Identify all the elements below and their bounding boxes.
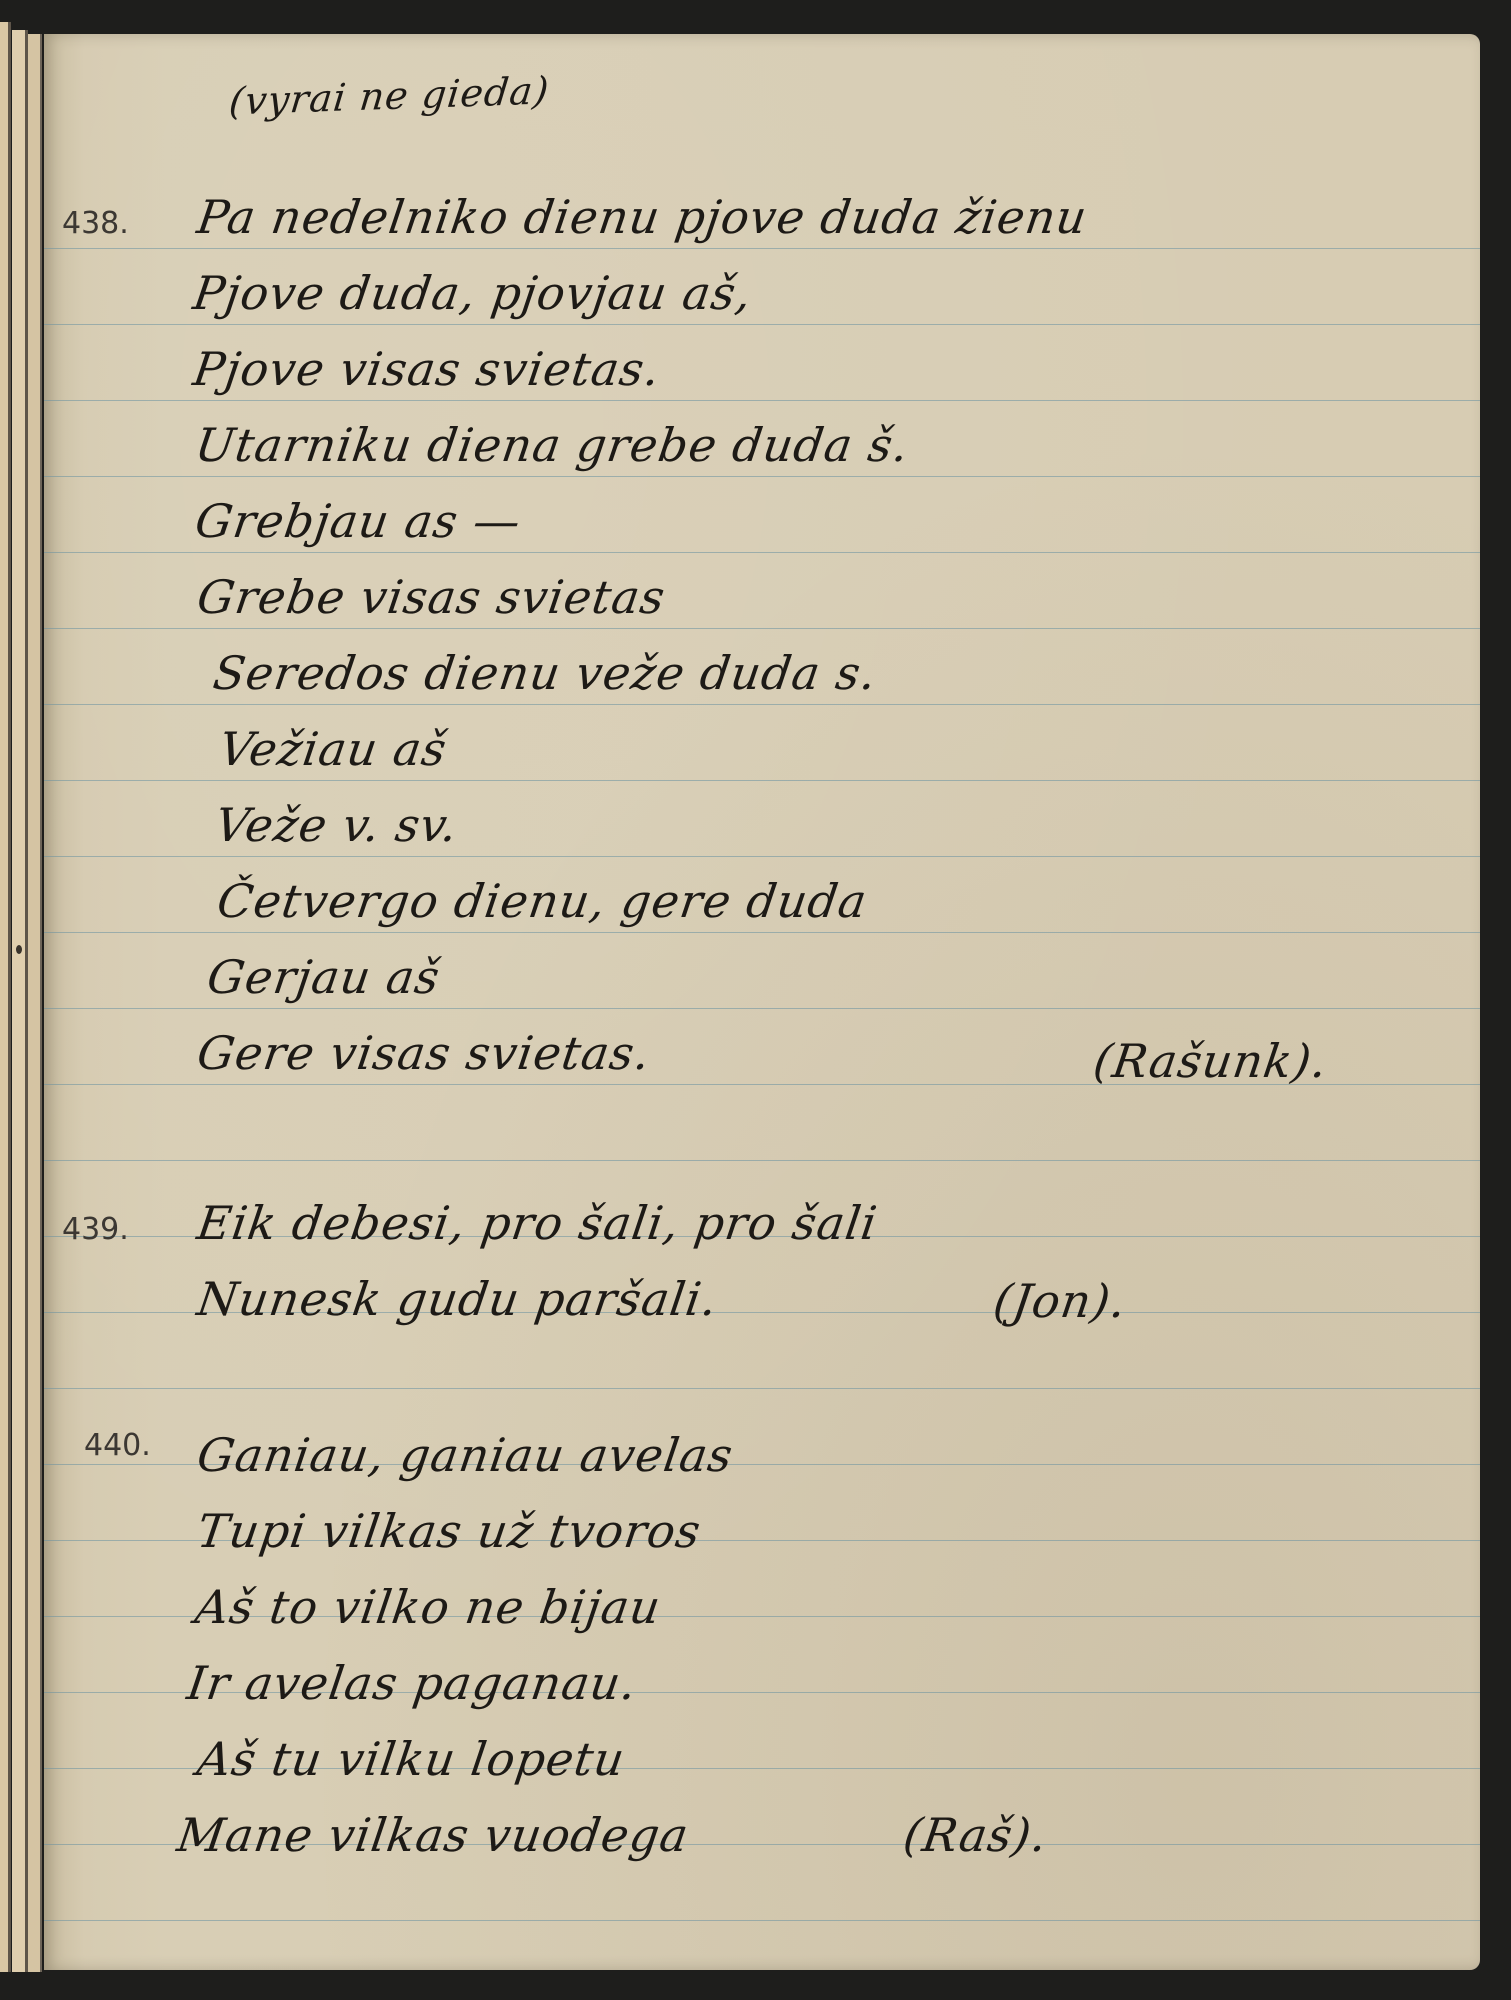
ruled-line bbox=[44, 628, 1480, 629]
verse-line: Seredos dienu veže duda s. bbox=[210, 646, 880, 700]
verse-line: Eik debesi, pro šali, pro šali bbox=[194, 1196, 881, 1250]
ruled-line bbox=[44, 1920, 1480, 1921]
ruled-line bbox=[44, 1160, 1480, 1161]
ink-blot-mark bbox=[16, 945, 22, 954]
verse-number: 439. bbox=[62, 1212, 129, 1247]
verse-line: Aš tu vilku lopetu bbox=[194, 1732, 628, 1786]
verse-line: Nunesk gudu paršali. bbox=[194, 1272, 721, 1326]
verse-line: Gerjau aš bbox=[204, 950, 444, 1004]
ruled-line bbox=[44, 476, 1480, 477]
ruled-line bbox=[44, 324, 1480, 325]
verse-line: Ir avelas paganau. bbox=[184, 1656, 640, 1710]
verse-line: Grebe visas svietas bbox=[194, 570, 669, 624]
verse-line: Veže v. sv. bbox=[212, 798, 461, 852]
verse-line: Gere visas svietas. bbox=[194, 1026, 654, 1080]
verse-line: Vežiau aš bbox=[216, 722, 450, 776]
ruled-line bbox=[44, 552, 1480, 553]
ruled-line bbox=[44, 780, 1480, 781]
verse-number: 440. bbox=[84, 1428, 151, 1463]
verse-line: Grebjau as — bbox=[192, 494, 525, 548]
verse-line: Aš to vilko ne bijau bbox=[192, 1580, 664, 1634]
ruled-line bbox=[44, 248, 1480, 249]
ruled-line bbox=[44, 856, 1480, 857]
ruled-line bbox=[44, 1388, 1480, 1389]
verse-line: Tupi vilkas už tvoros bbox=[194, 1504, 705, 1558]
ruled-line bbox=[44, 932, 1480, 933]
verse-line: Mane vilkas vuodega bbox=[174, 1808, 692, 1862]
scan-scene: (vyrai ne gieda) 438. Pa nedelniko dienu… bbox=[0, 0, 1511, 2000]
verse-line: Pjove duda, pjovjau aš, bbox=[190, 266, 756, 320]
verse-line: Pjove visas svietas. bbox=[190, 342, 664, 396]
notebook-page: (vyrai ne gieda) 438. Pa nedelniko dienu… bbox=[44, 34, 1480, 1970]
verse-line: Utarniku diena grebe duda š. bbox=[192, 418, 913, 472]
source-attribution: (Jon). bbox=[990, 1274, 1130, 1328]
ruled-line bbox=[44, 400, 1480, 401]
ruled-line bbox=[44, 1008, 1480, 1009]
ruled-line bbox=[44, 704, 1480, 705]
source-attribution: (Raš). bbox=[900, 1808, 1051, 1862]
verse-line: Ganiau, ganiau avelas bbox=[194, 1428, 737, 1482]
page-edge bbox=[0, 22, 11, 1972]
source-attribution: (Rašunk). bbox=[1090, 1034, 1331, 1088]
verse-line: Četvergo dienu, gere duda bbox=[214, 874, 871, 928]
verse-number: 438. bbox=[62, 206, 129, 241]
page-edge bbox=[12, 30, 28, 1972]
verse-line: Pa nedelniko dienu pjove duda žienu bbox=[194, 190, 1091, 244]
header-note: (vyrai ne gieda) bbox=[227, 68, 552, 123]
page-edge bbox=[28, 34, 42, 1972]
